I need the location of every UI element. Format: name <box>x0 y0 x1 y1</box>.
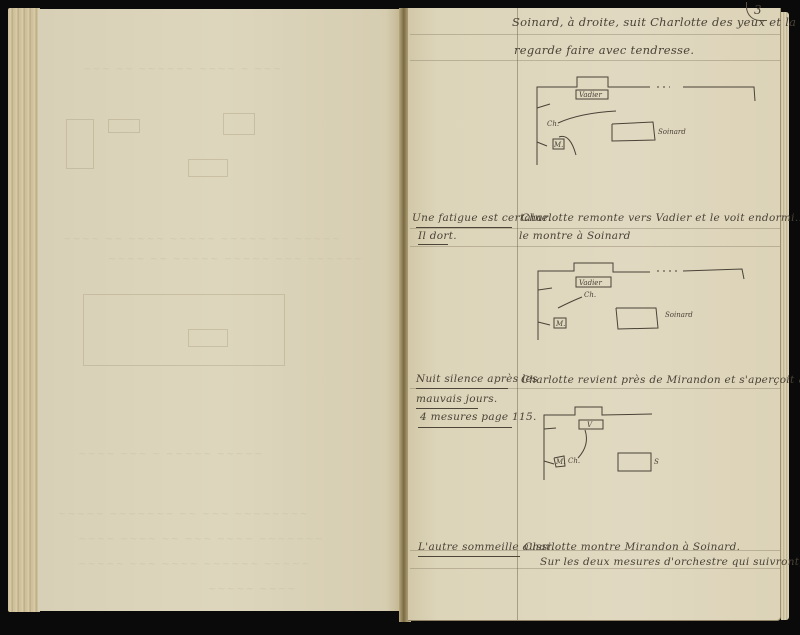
row-3-action-line-2: Sur les deux mesures d'orchestre qui sui… <box>540 556 800 568</box>
svg-text:Ch.: Ch. <box>568 457 580 465</box>
ghost-text: ~~~~~ ~~~~~~~ ~~ ~~~ ~~~~~~~~ <box>58 509 309 520</box>
svg-text:V: V <box>587 421 593 429</box>
row-2-cue-line-2: mauvais jours. <box>416 393 498 405</box>
ruled-line <box>410 568 780 569</box>
ghost-text: ~~~ ~~ ~~~~~~ ~~~~ ~ ~~~ <box>83 64 282 75</box>
row-1-cue-line-2: Il dort. <box>418 230 457 242</box>
ghost-diagram <box>188 159 228 177</box>
stage-diagram-3: V M. Ch. S <box>530 400 670 480</box>
svg-text:M.: M. <box>555 458 565 466</box>
intro-line-1: Soinard, à droite, suit Charlotte des ye… <box>512 15 796 29</box>
ghost-diagram <box>83 294 285 366</box>
stage-diagram-2: Vadier Ch. Soinard M. <box>520 255 780 345</box>
ghost-diagram <box>66 119 94 169</box>
row-2-cue-line-3: 4 mesures page 115. <box>420 411 537 423</box>
cue-underline <box>418 244 448 245</box>
svg-text:Soinard: Soinard <box>665 311 693 319</box>
intro-line-2: regarde faire avec tendresse. <box>514 43 694 57</box>
ghost-diagram <box>188 329 228 347</box>
cue-underline <box>418 556 520 557</box>
svg-text:Ch.: Ch. <box>547 120 559 128</box>
ghost-text: ~~~~~ ~~~ ~~~~ ~~~~~~ ~~~~~ <box>78 559 310 570</box>
ghost-text: ~~~~ ~~~ ~ ~~~~~ ~~~~~ <box>78 449 264 460</box>
svg-text:Vadier: Vadier <box>579 279 602 287</box>
svg-text:M.: M. <box>553 141 563 149</box>
stage-diagram-1: Vadier Ch. Soinard M. <box>520 65 780 175</box>
ruled-line <box>410 228 780 229</box>
left-page-stack-edges <box>8 8 40 612</box>
cue-underline <box>416 227 512 228</box>
row-3-action-line-1: Charlotte montre Mirandon à Soinard. <box>524 541 740 553</box>
svg-text:Ch.: Ch. <box>584 291 596 299</box>
row-2-cue-line-1: Nuit silence après les <box>416 373 538 385</box>
svg-text:Vadier: Vadier <box>579 91 602 99</box>
cue-underline <box>418 427 512 428</box>
ruled-line <box>410 246 780 247</box>
row-2-action-line-1: Charlotte revient près de Mirandon et s'… <box>521 374 800 386</box>
cue-underline <box>416 408 478 409</box>
svg-text:M.: M. <box>555 320 565 328</box>
ghost-text: ~~~~~ ~~~~ <box>208 584 297 595</box>
notebook-spread: ~~~ ~~ ~~~~~~ ~~~~ ~ ~~~ ~~~~ ~~ ~~~~ ~~… <box>0 0 800 635</box>
svg-text:Soinard: Soinard <box>658 128 686 136</box>
ghost-text: ~~~~ ~~~~ ~~ ~~~ ~~~~ ~~~~~~~ <box>78 534 324 545</box>
ghost-diagram <box>108 119 140 133</box>
cue-underline <box>416 388 508 389</box>
row-1-action-line-2: le montre à Soinard <box>519 230 631 242</box>
ghost-text: ~~~~ ~~ ~~~~ ~~~~~ ~~~~~ ~~ ~~~~~ <box>63 234 341 245</box>
svg-text:S: S <box>654 458 659 466</box>
row-1-action-line-1: Charlotte remonte vers Vadier et le voit… <box>521 212 800 224</box>
column-divider <box>517 8 518 620</box>
ruled-line <box>410 34 780 35</box>
left-page: ~~~ ~~ ~~~~~~ ~~~~ ~ ~~~ ~~~~ ~~ ~~~~ ~~… <box>38 9 404 611</box>
right-page-stack-edges <box>781 12 789 620</box>
ghost-diagram <box>223 113 255 135</box>
ghost-text: ~~~~ ~~ ~~~~~ ~~~~~ ~~~ ~~~~~~ <box>108 254 363 265</box>
ruled-line <box>410 60 780 61</box>
